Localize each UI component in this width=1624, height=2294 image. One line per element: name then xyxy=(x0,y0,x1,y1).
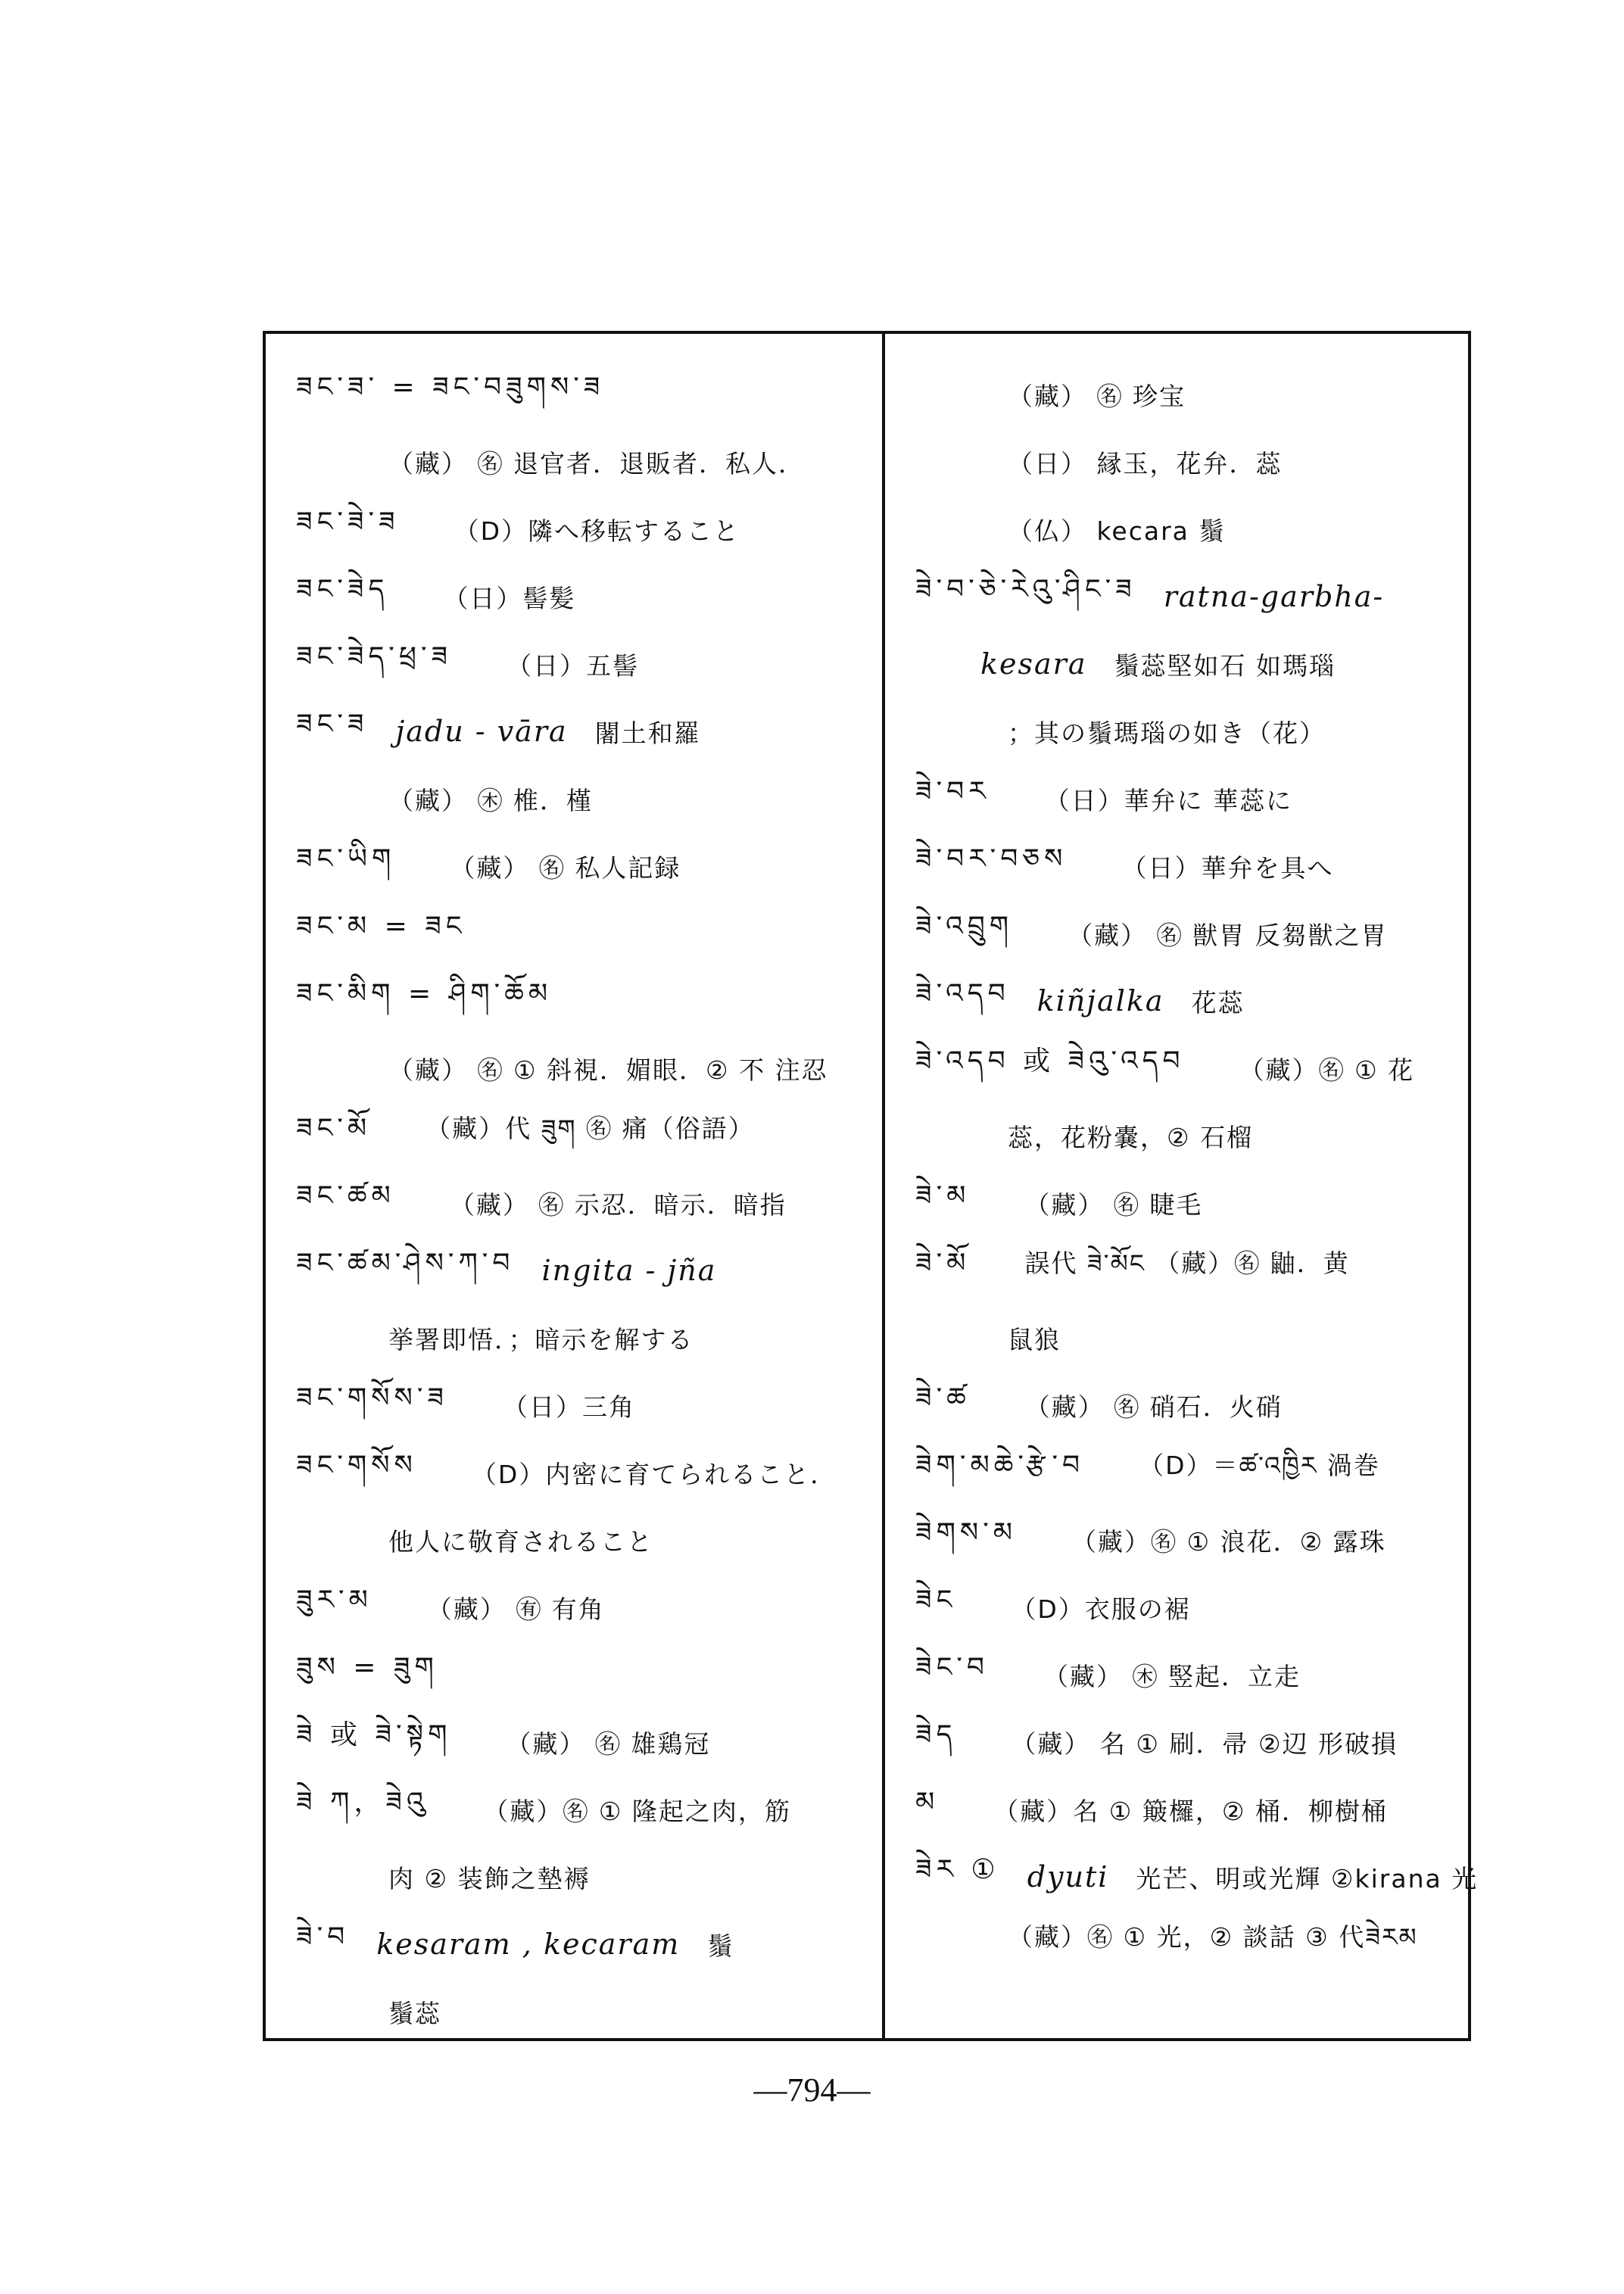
gloss-text: （藏） ㊍ 椎．槿 xyxy=(388,781,593,817)
tibetan-headword: མ xyxy=(915,1771,939,1848)
tibetan-headword: ཟང་ཟ་ = ཟང་བཟུགས་ཟ xyxy=(296,356,604,433)
dictionary-entry-line: ཟང་ཚམ（藏） ㊔ 示忍．暗示．暗指 xyxy=(266,1180,882,1226)
tibetan-headword: ཟེ་བ་ཅེ་རེའུ་ཤིང་ཟ xyxy=(915,558,1136,635)
gloss-text: 花蕊 xyxy=(1192,983,1245,1019)
dictionary-entry-line: （日） 縁玉，花弁．蕊 xyxy=(885,439,1468,485)
gloss-text: （藏）代 ཟུག ㊔ 痛（俗語） xyxy=(425,1101,754,1171)
dictionary-entry-line: ཟང་ཟེད（日）髻髪 xyxy=(266,574,882,619)
dictionary-entry-line: ཟེ་འདབ 或 ཟེའུ་འདབ（藏）㊔ ① 花 xyxy=(885,1046,1468,1091)
dictionary-entry-line: ཟང་མིག = ཤིག་ཆོམ xyxy=(266,978,882,1024)
tibetan-headword: ཟང་གསོས་ཟ xyxy=(296,1367,448,1444)
gloss-text: （藏）㊔ ① 浪花．② 露珠 xyxy=(1071,1523,1386,1558)
tibetan-headword: ཟང་གསོས xyxy=(296,1434,417,1511)
dictionary-entry-line: ཟང་ཟེད་ཕྲ་ཟ（日）五髻 xyxy=(266,641,882,687)
dictionary-entry-line: ཟང་ཚམ་ཤེས་ཀ་བingita - jña xyxy=(266,1248,882,1293)
tibetan-headword: ཟང་མིག = ཤིག་ཆོམ xyxy=(296,962,552,1039)
dictionary-entry-line: ཟང་གསོས་ཟ（日）三角 xyxy=(266,1382,882,1428)
dictionary-entry-line: ཟེག་མཆེ་རྩེ་བ（D）＝ཚ་འཁྱིར 渦巻 xyxy=(885,1450,1468,1495)
dictionary-entry-line: ཟང་གསོས（D）内密に育てられること． xyxy=(266,1450,882,1495)
tibetan-headword: ཟེག་མཆེ་རྩེ་བ xyxy=(915,1434,1084,1511)
tibetan-headword: ཟུས = ཟུག xyxy=(296,1636,438,1713)
tibetan-headword: ཟེ ཀ，ཟེའུ xyxy=(296,1771,429,1848)
dictionary-entry-line: ཟེང（D）衣服の裾 xyxy=(885,1585,1468,1630)
gloss-text: （藏） ㊔ ① 斜視．媚眼．② 不 注忍 xyxy=(388,1051,828,1086)
gloss-text: （藏） ㊔ 獣胃 反芻獣之胃 xyxy=(1068,916,1387,952)
dictionary-entry-line: （藏） ㊔ 珍宝 xyxy=(885,372,1468,417)
gloss-text: （藏） ㊔ 珍宝 xyxy=(1008,377,1186,413)
gloss-text: （日） 縁玉，花弁．蕊 xyxy=(1008,444,1283,480)
sanskrit-term: jadu - vāra xyxy=(395,715,567,748)
dictionary-entry-line: ཟེར ①dyuti光芒、明或光輝 ②kirana 光 xyxy=(885,1854,1468,1900)
dictionary-entry-line: 鼠狼 xyxy=(885,1315,1468,1361)
tibetan-headword: ཟེ་མོ xyxy=(915,1232,970,1309)
tibetan-headword: ཟང་ཟ xyxy=(296,693,368,770)
dictionary-entry-line: 鬚蕊 xyxy=(266,1989,882,2034)
gloss-text: （藏） ㊔ 睫毛 xyxy=(1024,1186,1202,1221)
tibetan-headword: ཟེ་འདབ xyxy=(915,962,1010,1039)
gloss-text: 蕊，花粉嚢，② 石榴 xyxy=(1008,1118,1253,1154)
dictionary-entry-line: ཟེ་བར་བཅས（日）華弁を具へ xyxy=(885,843,1468,889)
sanskrit-term: kesaram , kecaram xyxy=(376,1928,680,1961)
tibetan-headword: ཟུར་མ xyxy=(296,1569,372,1646)
gloss-text: （D）隣へ移転すること xyxy=(454,512,740,547)
gloss-text: （日）華弁を具へ xyxy=(1121,849,1333,884)
gloss-text: （藏）名 ① 簸欏，② 桶．柳樹桶 xyxy=(993,1792,1388,1828)
tibetan-headword: ཟང་མོ xyxy=(296,1097,371,1174)
gloss-text: （D）衣服の裾 xyxy=(1011,1590,1190,1625)
tibetan-headword: ཟང་ཚམ xyxy=(296,1164,395,1242)
gloss-text: （日）五髻 xyxy=(507,647,639,682)
gloss-text: 鬚蕊堅如石 如瑪瑙 xyxy=(1114,647,1336,682)
dictionary-entry-line: ཟེ་བར（日）華弁に 華蕊に xyxy=(885,776,1468,821)
gloss-text: （藏） ㊔ 示忍．暗示．暗指 xyxy=(450,1186,787,1221)
tibetan-headword: ཟང་ཚམ་ཤེས་ཀ་བ xyxy=(296,1232,514,1309)
gloss-text: 誤代 ཟེ་མོང （藏）㊔ 鼬．黄 xyxy=(1024,1236,1349,1306)
dictionary-entry-line: ཟང་ཟ་ = ཟང་བཟུགས་ཟ xyxy=(266,372,882,417)
sanskrit-term: kiñjalka xyxy=(1037,984,1164,1018)
dictionary-entry-line: （藏） ㊔ 退官者．退販者．私人． xyxy=(266,439,882,485)
gloss-text: （藏） ㊔ 退官者．退販者．私人． xyxy=(388,444,805,480)
gloss-text: （藏） ㊒ 有角 xyxy=(427,1590,605,1625)
dictionary-entry-line: ཟུས = ཟུག xyxy=(266,1652,882,1697)
dictionary-entry-line: ；其の鬚瑪瑙の如き（花） xyxy=(885,709,1468,754)
left-column: ཟང་ཟ་ = ཟང་བཟུགས་ཟ（藏） ㊔ 退官者．退販者．私人．ཟང་ཟེ… xyxy=(266,334,882,2038)
sanskrit-term: dyuti xyxy=(1027,1860,1109,1893)
tibetan-headword: ཟེགས་མ xyxy=(915,1501,1017,1579)
gloss-text: （日）華弁に 華蕊に xyxy=(1045,781,1293,817)
dictionary-entry-line: 他人に敬育されること xyxy=(266,1517,882,1563)
tibetan-headword: ཟང་ཟེད་ཕྲ་ཟ xyxy=(296,625,452,703)
dictionary-entry-line: ཟེ་མ（藏） ㊔ 睫毛 xyxy=(885,1180,1468,1226)
dictionary-entry-line: ཟེ་འདབkiñjalka花蕊 xyxy=(885,978,1468,1024)
gloss-text: （藏） ㊔ 私人記録 xyxy=(450,849,681,884)
dictionary-entry-line: ཟང་ཡིག（藏） ㊔ 私人記録 xyxy=(266,843,882,889)
dictionary-entry-line: མ（藏）名 ① 簸欏，② 桶．柳樹桶 xyxy=(885,1787,1468,1832)
dictionary-entry-line: ཟང་ཟjadu - vāra闍土和羅 xyxy=(266,709,882,754)
dictionary-entry-line: ཟེ་མོ誤代 ཟེ་མོང （藏）㊔ 鼬．黄 xyxy=(885,1248,1468,1293)
dictionary-entry-line: ཟང་མོ（藏）代 ཟུག ㊔ 痛（俗語） xyxy=(266,1113,882,1158)
gloss-text: （日）三角 xyxy=(503,1388,635,1423)
dictionary-entry-line: ཟེགས་མ（藏）㊔ ① 浪花．② 露珠 xyxy=(885,1517,1468,1563)
gloss-text: 鼠狼 xyxy=(1008,1320,1061,1356)
dictionary-entry-line: ཟེང་བ（藏） ㊍ 竪起．立走 xyxy=(885,1652,1468,1697)
gloss-text: （藏） ㊍ 竪起．立走 xyxy=(1043,1657,1301,1693)
dictionary-entry-line: ཟུར་མ（藏） ㊒ 有角 xyxy=(266,1585,882,1630)
tibetan-headword: ཟང་མ = ཟང xyxy=(296,895,466,972)
dictionary-entry-line: 挙署即悟．；暗示を解する xyxy=(266,1315,882,1361)
tibetan-headword: ཟེར ① xyxy=(915,1838,1000,1915)
gloss-text: （藏）㊔ ① 隆起之肉，筋 xyxy=(483,1792,791,1828)
sanskrit-term: ratna-garbha- xyxy=(1164,580,1385,613)
gloss-text: （D）＝ཚ་འཁྱིར 渦巻 xyxy=(1139,1438,1380,1508)
dictionary-entry-line: ཟང་ཟེ་ཟ（D）隣へ移転すること xyxy=(266,506,882,552)
tibetan-headword: ཟང་ཟེ་ཟ xyxy=(296,491,400,568)
gloss-text: （仏） kecara 鬚 xyxy=(1008,512,1225,547)
dictionary-entry-line: （藏）㊔ ① 光，② 談話 ③ 代ཟེརམ xyxy=(885,1922,1468,1967)
dictionary-entry-line: ཟེ་བ་ཅེ་རེའུ་ཤིང་ཟratna-garbha- xyxy=(885,574,1468,619)
dictionary-entry-line: ཟེ ཀ，ཟེའུ（藏）㊔ ① 隆起之肉，筋 xyxy=(266,1787,882,1832)
tibetan-headword: ཟང་ཟེད xyxy=(296,558,388,635)
page-number: —794— xyxy=(0,2071,1624,2109)
gloss-text: 鬚蕊 xyxy=(388,1994,441,2030)
gloss-text: （藏） 名 ① 刷．帚 ②辺 形破損 xyxy=(1011,1725,1398,1760)
dictionary-entry-line: ཟེ 或 ཟེ་སྟེག（藏） ㊔ 雄鶏冠 xyxy=(266,1719,882,1765)
dictionary-entry-line: ཟེ་ཚ（藏） ㊔ 硝石．火硝 xyxy=(885,1382,1468,1428)
gloss-text: （藏） ㊔ 雄鶏冠 xyxy=(506,1725,710,1760)
sanskrit-term: ingita - jña xyxy=(541,1254,716,1287)
gloss-text: （藏）㊔ ① 光，② 談話 ③ 代ཟེརམ xyxy=(1008,1909,1418,1980)
dictionary-entry-line: 蕊，花粉嚢，② 石榴 xyxy=(885,1113,1468,1158)
tibetan-headword: ཟེ་མ xyxy=(915,1164,970,1242)
tibetan-headword: ཟེ་བ xyxy=(296,1906,349,1983)
tibetan-headword: ཟེ་བར་བཅས xyxy=(915,828,1067,905)
gloss-text: （日）髻髪 xyxy=(443,579,575,615)
tibetan-headword: ཟང་ཡིག xyxy=(296,828,395,905)
dictionary-entry-line: kesara鬚蕊堅如石 如瑪瑙 xyxy=(885,641,1468,687)
dictionary-frame: ཟང་ཟ་ = ཟང་བཟུགས་ཟ（藏） ㊔ 退官者．退販者．私人．ཟང་ཟེ… xyxy=(263,331,1471,2041)
tibetan-headword: ཟེད xyxy=(915,1703,956,1781)
tibetan-headword: ཟེ་འདབ 或 ཟེའུ་འདབ xyxy=(915,1030,1185,1107)
gloss-text: 他人に敬育されること xyxy=(388,1523,653,1558)
gloss-text: （D）内密に育てられること． xyxy=(472,1455,837,1491)
gloss-text: （藏）㊔ ① 花 xyxy=(1239,1051,1415,1086)
gloss-text: 肉 ② 装飾之墊褥 xyxy=(388,1859,591,1895)
dictionary-entry-line: ཟང་མ = ཟང xyxy=(266,911,882,956)
dictionary-entry-line: ཟེ་བkesaram , kecaram鬚 xyxy=(266,1922,882,1967)
dictionary-entry-line: ཟེད（藏） 名 ① 刷．帚 ②辺 形破損 xyxy=(885,1719,1468,1765)
gloss-text: ；其の鬚瑪瑙の如き（花） xyxy=(1008,714,1326,750)
right-column: （藏） ㊔ 珍宝（日） 縁玉，花弁．蕊（仏） kecara 鬚ཟེ་བ་ཅེ་ར… xyxy=(885,334,1468,2038)
dictionary-entry-line: ཟེ་འབྲུག（藏） ㊔ 獣胃 反芻獣之胃 xyxy=(885,911,1468,956)
dictionary-entry-line: 肉 ② 装飾之墊褥 xyxy=(266,1854,882,1900)
gloss-text: 闍土和羅 xyxy=(595,714,701,750)
tibetan-headword: ཟེང་བ xyxy=(915,1636,989,1713)
tibetan-headword: ཟེ་ཚ xyxy=(915,1367,971,1444)
tibetan-headword: ཟེ 或 ཟེ་སྟེག xyxy=(296,1703,451,1781)
tibetan-headword: ཟེ་བར xyxy=(915,760,990,837)
gloss-text: 光芒、明或光輝 ②kirana 光 xyxy=(1136,1859,1478,1895)
dictionary-entry-line: （仏） kecara 鬚 xyxy=(885,506,1468,552)
gloss-text: 挙署即悟．；暗示を解する xyxy=(388,1320,694,1356)
sanskrit-term: kesara xyxy=(980,647,1087,681)
tibetan-headword: ཟེང xyxy=(915,1569,956,1646)
dictionary-entry-line: （藏） ㊍ 椎．槿 xyxy=(266,776,882,821)
gloss-text: （藏） ㊔ 硝石．火硝 xyxy=(1025,1388,1283,1423)
dictionary-entry-line: （藏） ㊔ ① 斜視．媚眼．② 不 注忍 xyxy=(266,1046,882,1091)
gloss-text: 鬚 xyxy=(707,1927,734,1962)
tibetan-headword: ཟེ་འབྲུག xyxy=(915,895,1013,972)
